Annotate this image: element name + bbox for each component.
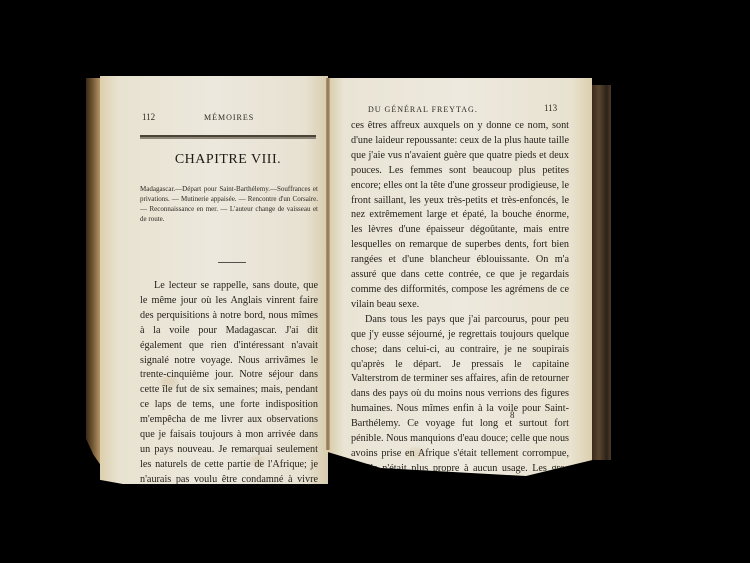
left-page: 112 MÉMOIRES CHAPITRE VIII. Madagascar.—… [100, 76, 328, 484]
paragraph: ces êtres affreux auxquels on y donne ce… [351, 119, 569, 313]
double-rule-divider [140, 135, 316, 137]
chapter-title: CHAPITRE VIII. [130, 152, 326, 168]
running-head: MÉMOIRES [204, 113, 254, 122]
book-gutter [326, 78, 330, 450]
chapter-summary: Madagascar.—Départ pour Saint-Barthélemy… [140, 184, 318, 224]
right-page: DU GÉNÉRAL FREYTAG. 113 ces êtres affreu… [328, 78, 592, 476]
signature-mark: 8 [510, 410, 515, 420]
paragraph: Dans tous les pays que j'ai parcourus, p… [351, 313, 569, 476]
open-book: 112 MÉMOIRES CHAPITRE VIII. Madagascar.—… [0, 0, 750, 563]
page-number: 112 [142, 112, 155, 122]
body-text: Le lecteur se rappelle, sans doute, que … [140, 279, 318, 484]
paragraph: Le lecteur se rappelle, sans doute, que … [140, 279, 318, 484]
body-text: ces êtres affreux auxquels on y donne ce… [351, 119, 569, 476]
right-cover-edge [589, 85, 611, 460]
section-rule [218, 262, 246, 263]
page-number: 113 [544, 103, 557, 113]
running-head: DU GÉNÉRAL FREYTAG. [368, 105, 478, 114]
